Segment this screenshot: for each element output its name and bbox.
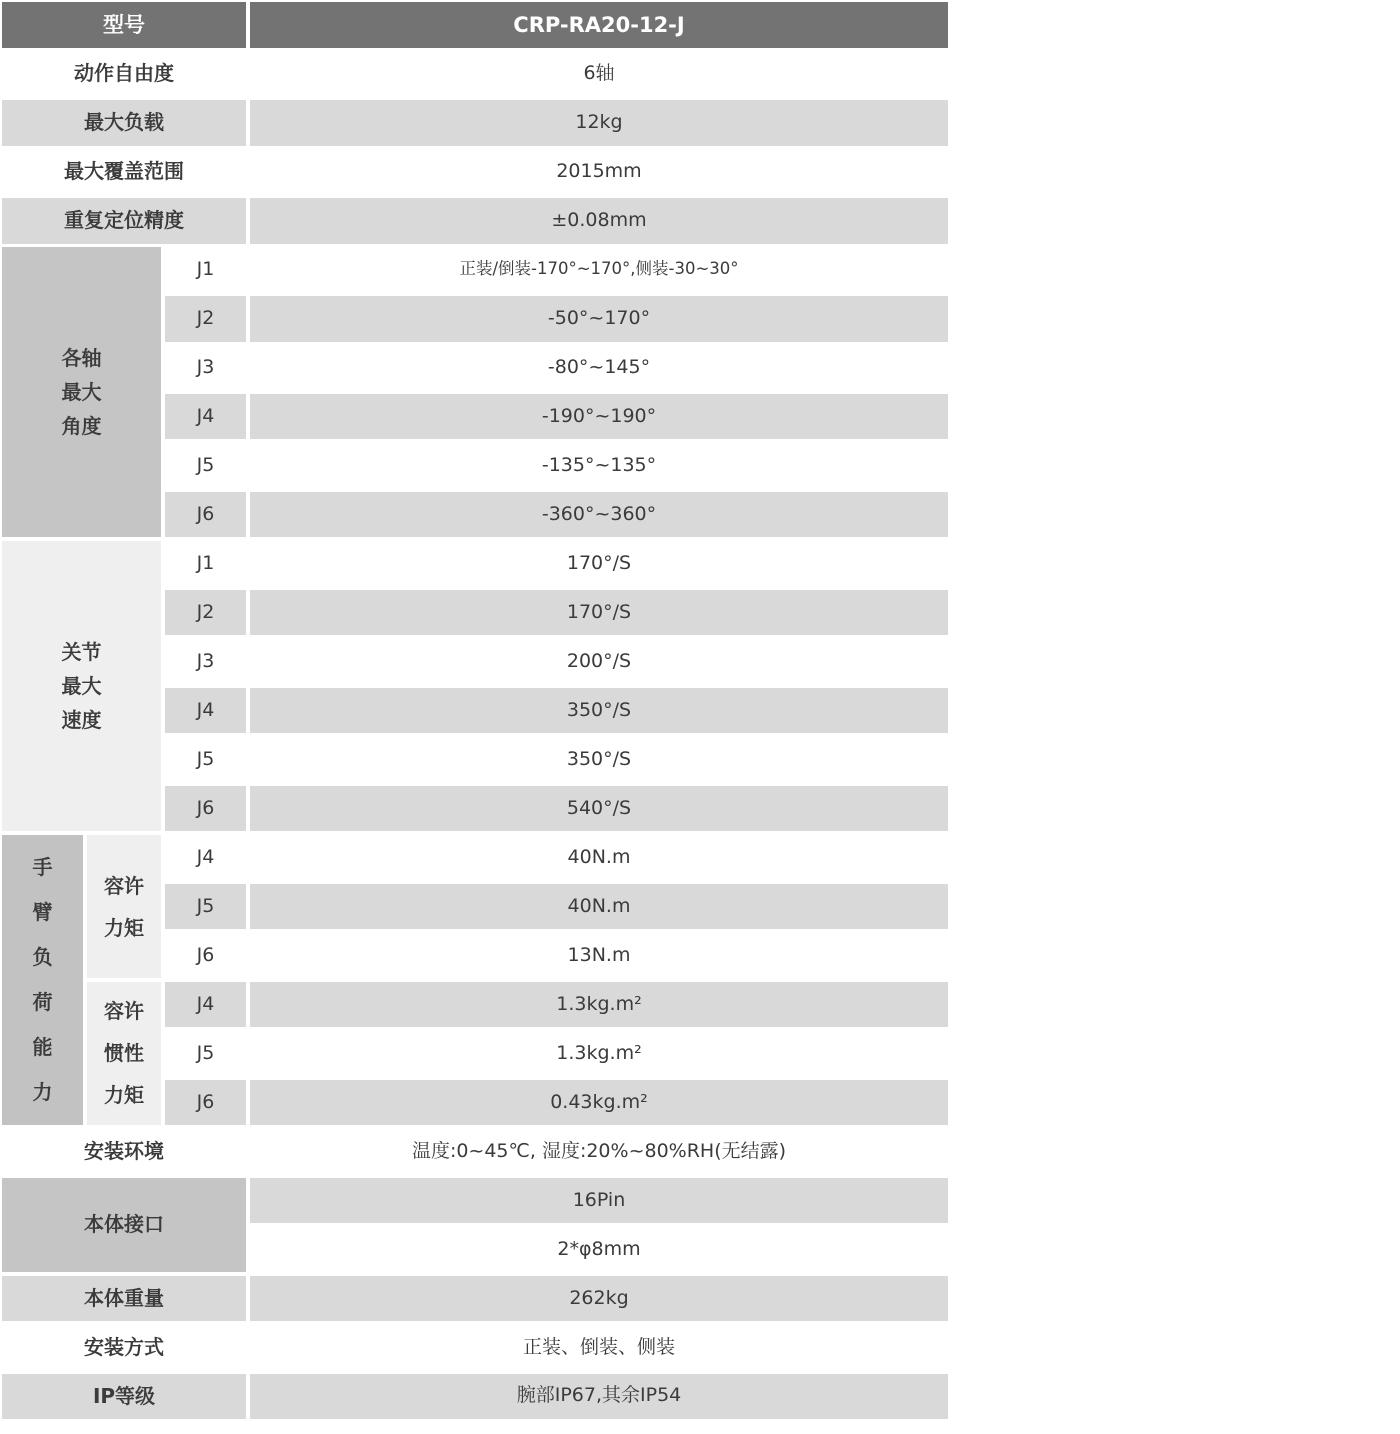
- section-label-axis-max-angle: 各轴 最大 角度: [2, 247, 161, 538]
- joint-label: J4: [165, 835, 246, 881]
- joint-label: J4: [165, 394, 246, 440]
- joint-label: J6: [165, 933, 246, 979]
- joint-label: J5: [165, 1031, 246, 1077]
- repeatability-label: 重复定位精度: [2, 198, 246, 244]
- body-interface-tube-value: 2*φ8mm: [250, 1227, 948, 1273]
- joint-label: J6: [165, 1080, 246, 1126]
- sub-label-allowable-inertia: 容许 惯性 力矩: [87, 982, 161, 1126]
- model-label-cell: 型号: [2, 2, 246, 48]
- joint-value: 正装/倒装-170°~170°,侧装-30~30°: [250, 247, 948, 293]
- joint-value: -135°~135°: [250, 443, 948, 489]
- joint-value: -50°~170°: [250, 296, 948, 342]
- joint-label: J4: [165, 688, 246, 734]
- joint-value: 200°/S: [250, 639, 948, 685]
- max-reach-value: 2015mm: [250, 149, 948, 195]
- joint-value: -190°~190°: [250, 394, 948, 440]
- ip-rating-value: 腕部IP67,其余IP54: [250, 1374, 948, 1420]
- joint-value: 40N.m: [250, 835, 948, 881]
- joint-label: J4: [165, 982, 246, 1028]
- repeatability-value: ±0.08mm: [250, 198, 948, 244]
- joint-label: J6: [165, 492, 246, 538]
- body-weight-value: 262kg: [250, 1276, 948, 1322]
- joint-value: 0.43kg.m²: [250, 1080, 948, 1126]
- joint-label: J3: [165, 639, 246, 685]
- body-interface-label: 本体接口: [2, 1178, 246, 1273]
- dof-label: 动作自由度: [2, 51, 246, 97]
- joint-label: J1: [165, 247, 246, 293]
- joint-value: 170°/S: [250, 590, 948, 636]
- joint-value: 170°/S: [250, 541, 948, 587]
- section-label-arm-load-capacity: 手 臂 负 荷 能 力: [2, 835, 83, 1126]
- joint-value: 40N.m: [250, 884, 948, 930]
- joint-label: J5: [165, 737, 246, 783]
- max-payload-value: 12kg: [250, 100, 948, 146]
- joint-value: -360°~360°: [250, 492, 948, 538]
- sub-label-allowable-torque: 容许 力矩: [87, 835, 161, 979]
- joint-label: J1: [165, 541, 246, 587]
- joint-label: J5: [165, 884, 246, 930]
- joint-value: 350°/S: [250, 688, 948, 734]
- body-interface-pin-value: 16Pin: [250, 1178, 948, 1224]
- joint-label: J6: [165, 786, 246, 832]
- mounting-value: 正装、倒装、侧装: [250, 1325, 948, 1371]
- mounting-label: 安装方式: [2, 1325, 246, 1371]
- max-reach-label: 最大覆盖范围: [2, 149, 246, 195]
- joint-value: -80°~145°: [250, 345, 948, 391]
- robot-spec-table: 型号 CRP-RA20-12-J 动作自由度 6轴 最大负载 12kg 最大覆盖…: [2, 2, 948, 1419]
- joint-value: 1.3kg.m²: [250, 982, 948, 1028]
- environment-label: 安装环境: [2, 1129, 246, 1175]
- body-weight-label: 本体重量: [2, 1276, 246, 1322]
- joint-label: J2: [165, 296, 246, 342]
- dof-value: 6轴: [250, 51, 948, 97]
- joint-label: J5: [165, 443, 246, 489]
- section-label-joint-max-speed: 关节 最大 速度: [2, 541, 161, 832]
- max-payload-label: 最大负载: [2, 100, 246, 146]
- joint-value: 540°/S: [250, 786, 948, 832]
- joint-label: J3: [165, 345, 246, 391]
- joint-value: 350°/S: [250, 737, 948, 783]
- ip-rating-label: IP等级: [2, 1374, 246, 1420]
- joint-value: 1.3kg.m²: [250, 1031, 948, 1077]
- model-value-cell: CRP-RA20-12-J: [250, 2, 948, 48]
- joint-value: 13N.m: [250, 933, 948, 979]
- joint-label: J2: [165, 590, 246, 636]
- environment-value: 温度:0~45℃, 湿度:20%~80%RH(无结露): [250, 1129, 948, 1175]
